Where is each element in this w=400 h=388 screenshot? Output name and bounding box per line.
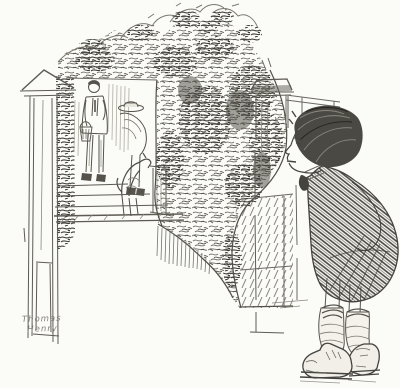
boy-head xyxy=(286,106,363,173)
garden-gate-illustration: Thomas Henry xyxy=(0,0,400,388)
artist-signature: Thomas Henry xyxy=(22,314,62,335)
illustration-canvas: Thomas Henry xyxy=(0,0,400,388)
hedge-left-strip xyxy=(56,76,75,250)
man-in-suit-figure xyxy=(81,80,107,182)
artist-signature-line2: Henry xyxy=(27,324,58,335)
boy-figure xyxy=(286,106,398,383)
boy-boots xyxy=(300,343,380,383)
boy-jacket xyxy=(306,166,398,302)
